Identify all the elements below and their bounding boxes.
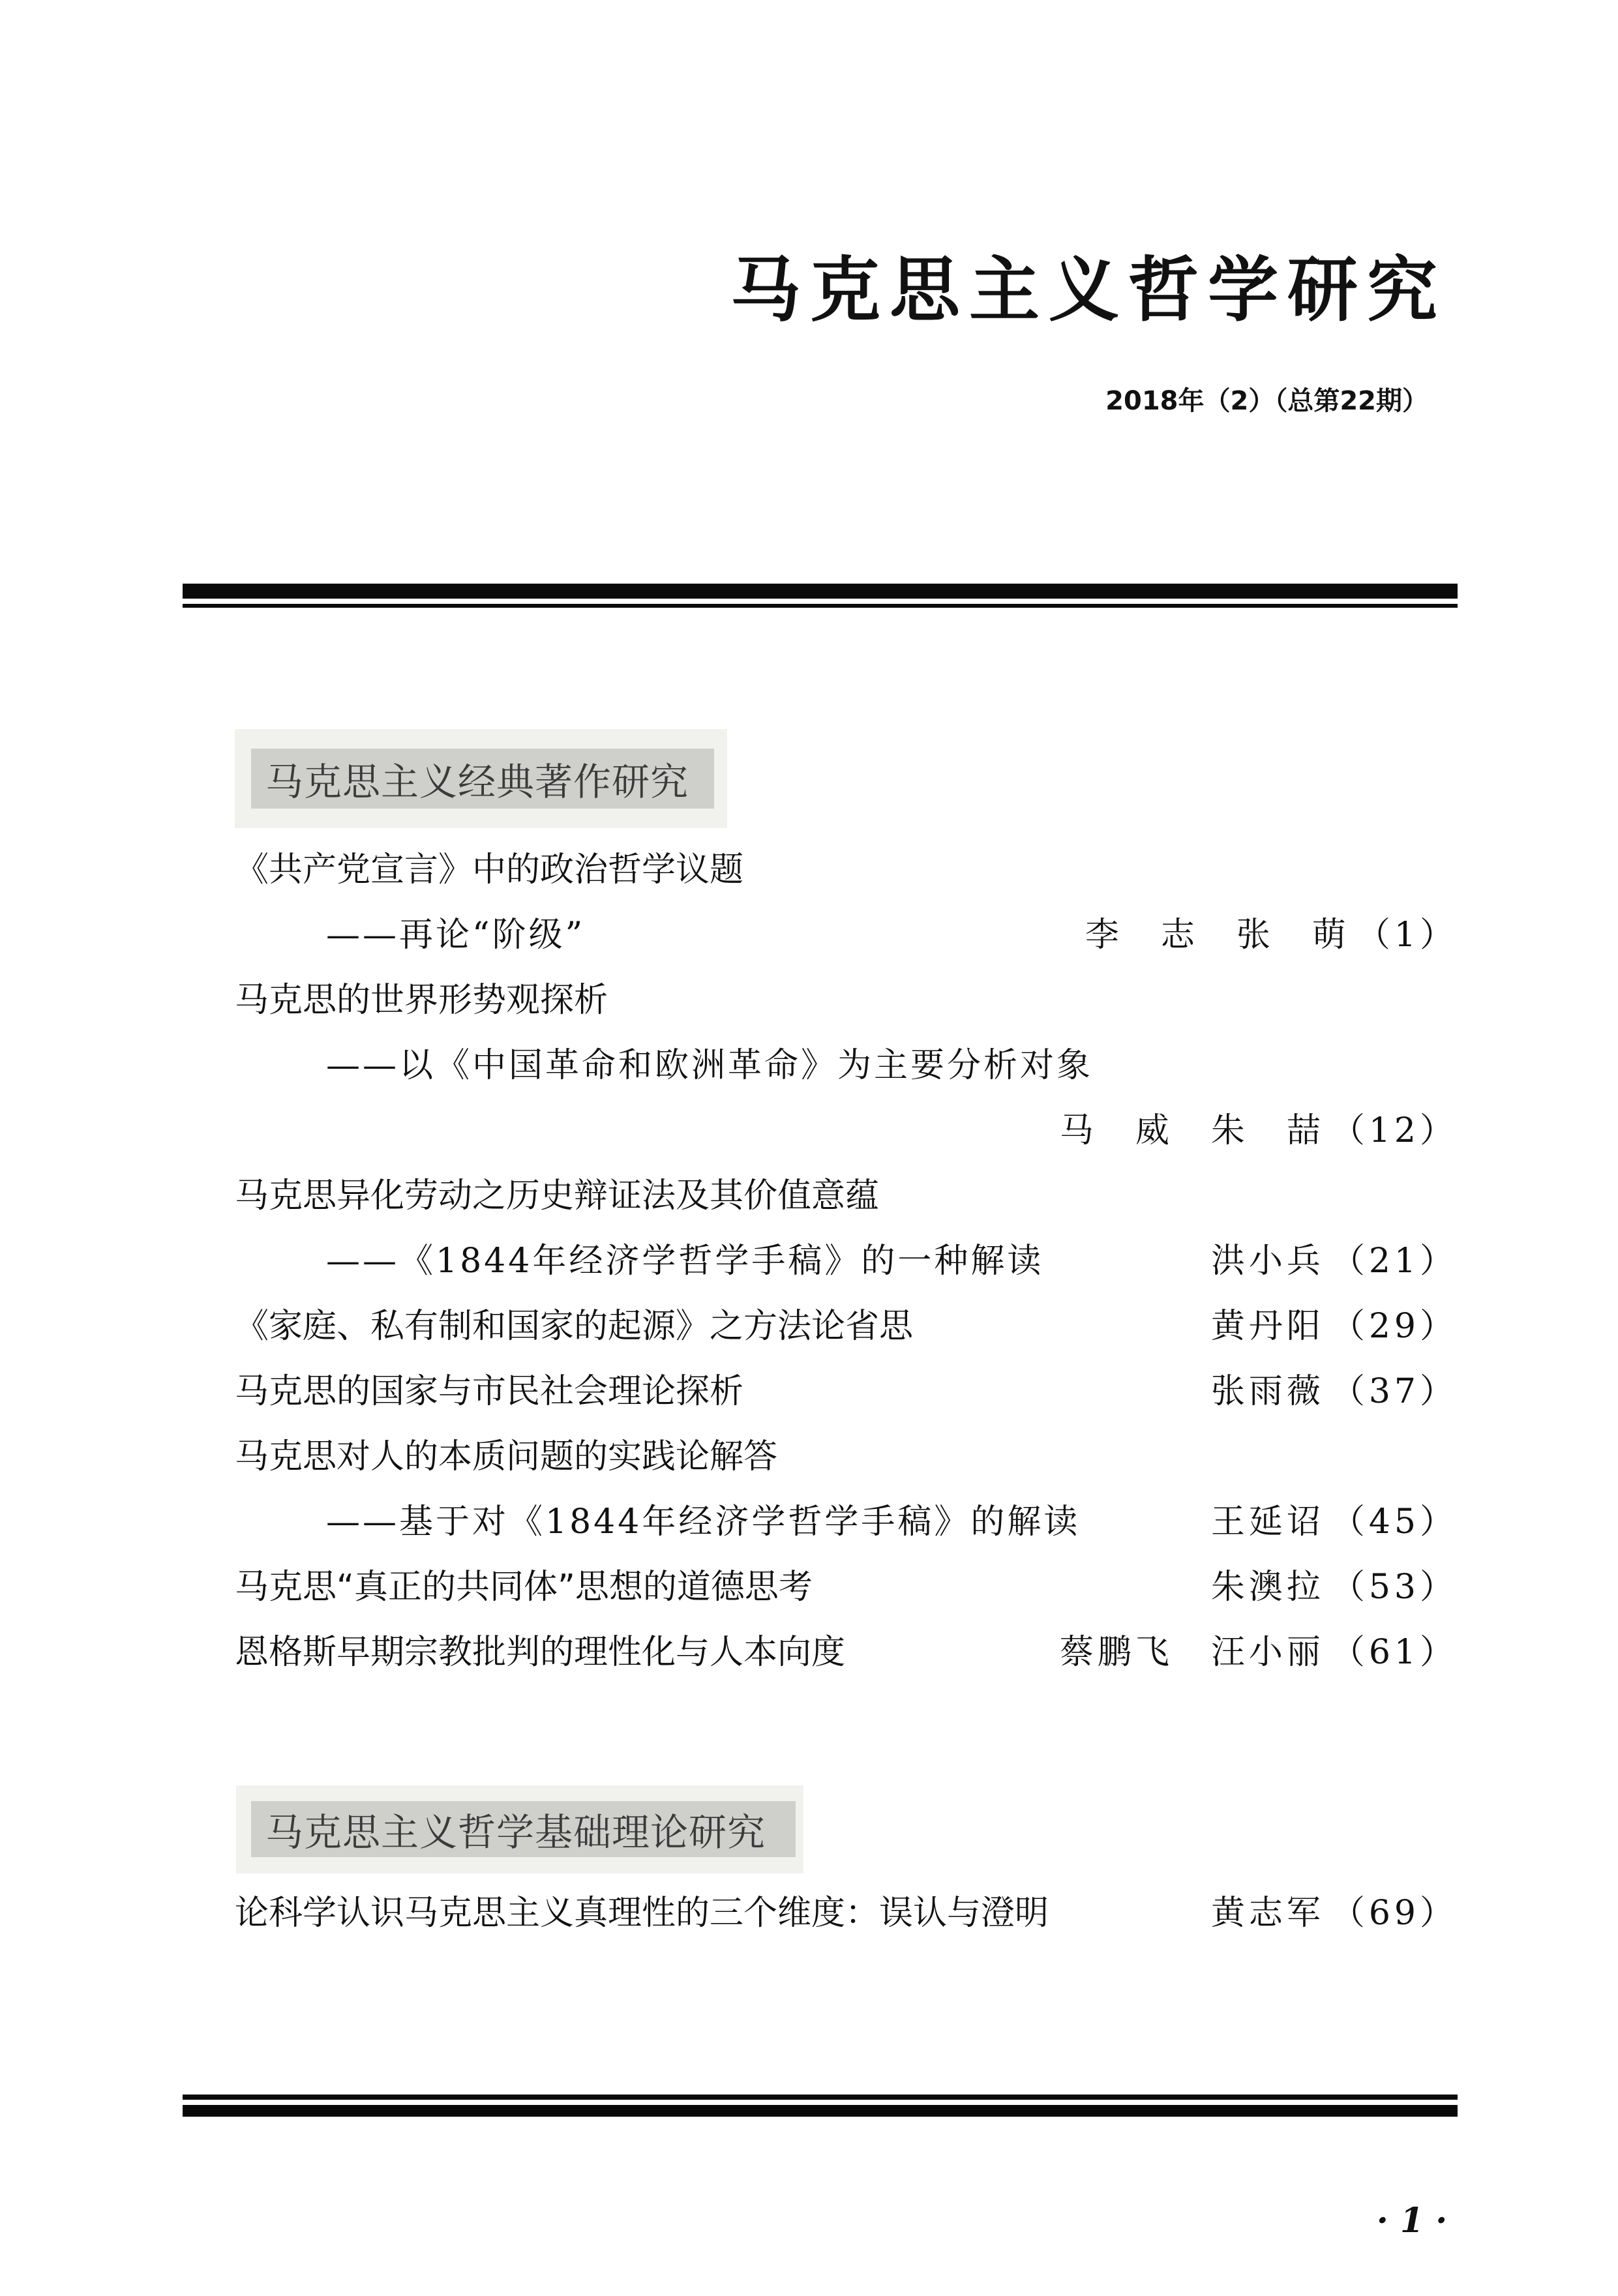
toc-line[interactable]: 恩格斯早期宗教批判的理性化与人本向度 蔡鹏飞 汪小丽（61）: [235, 1616, 1458, 1681]
toc-page: （45）: [1331, 1494, 1458, 1543]
toc-author: 黄丹阳: [1211, 1298, 1325, 1347]
toc-subtitle: ——再论“阶级”: [235, 907, 585, 956]
toc-subtitle: ——以《中国革命和欧洲革命》为主要分析对象: [235, 1037, 1093, 1086]
toc-page: （21）: [1331, 1233, 1458, 1282]
toc-line[interactable]: 《共产党宣言》中的政治哲学议题: [235, 833, 1458, 899]
toc-author: 朱澳拉: [1211, 1559, 1325, 1608]
toc-line[interactable]: ——基于对《1844年经济学哲学手稿》的解读 王延诏（45）: [235, 1485, 1458, 1551]
toc-page: （37）: [1331, 1364, 1458, 1412]
journal-title: 马克思主义哲学研究: [730, 245, 1428, 336]
toc-author: 王延诏: [1211, 1494, 1325, 1543]
issue-info: 2018年（2）（总第22期）: [1017, 381, 1428, 421]
toc-line[interactable]: 《家庭、私有制和国家的起源》之方法论省思 黄丹阳（29）: [235, 1290, 1458, 1355]
toc-author: 洪小兵: [1211, 1233, 1325, 1282]
toc-page: （53）: [1331, 1559, 1458, 1608]
toc-title: 恩格斯早期宗教批判的理性化与人本向度: [235, 1624, 845, 1673]
toc-page: （69）: [1331, 1885, 1458, 1934]
toc-title: 马克思“真正的共同体”思想的道德思考: [235, 1559, 813, 1608]
toc-line[interactable]: 马克思异化劳动之历史辩证法及其价值意蕴: [235, 1159, 1458, 1225]
toc-page: （61）: [1331, 1624, 1458, 1673]
toc-title: 马克思的世界形势观探析: [235, 972, 608, 1021]
toc-title: 论科学认识马克思主义真理性的三个维度：误认与澄明: [235, 1885, 1049, 1934]
toc-author: 李 志 张 萌: [1085, 907, 1350, 956]
toc-line[interactable]: 马克思“真正的共同体”思想的道德思考 朱澳拉（53）: [235, 1551, 1458, 1616]
toc-title: 《家庭、私有制和国家的起源》之方法论省思: [235, 1298, 913, 1347]
toc-title: 马克思异化劳动之历史辩证法及其价值意蕴: [235, 1168, 879, 1217]
section-heading-basic-theory: 马克思主义哲学基础理论研究: [251, 1801, 796, 1857]
bottom-rule-thin: [183, 2095, 1458, 2100]
toc-line[interactable]: 马 威 朱 喆（12）: [235, 1094, 1458, 1159]
toc-title: 马克思的国家与市民社会理论探析: [235, 1364, 743, 1412]
toc-author: 张雨薇: [1211, 1364, 1325, 1412]
toc-author: 马 威 朱 喆: [1060, 1103, 1325, 1152]
toc-page: （12）: [1331, 1103, 1458, 1152]
toc-page: （29）: [1331, 1298, 1458, 1347]
section-heading-classic-works: 马克思主义经典著作研究: [251, 749, 714, 809]
toc-line[interactable]: 马克思对人的本质问题的实践论解答: [235, 1420, 1458, 1485]
toc-line[interactable]: ——以《中国革命和欧洲革命》为主要分析对象: [235, 1029, 1458, 1094]
toc-subtitle: ——基于对《1844年经济学哲学手稿》的解读: [235, 1494, 1080, 1543]
bottom-rule-thick: [183, 2105, 1458, 2117]
toc-subtitle: ——《1844年经济学哲学手稿》的一种解读: [235, 1233, 1043, 1282]
toc-title: 《共产党宣言》中的政治哲学议题: [235, 842, 743, 891]
top-rule-thick: [183, 584, 1458, 599]
page-number: · 1 ·: [1376, 2201, 1448, 2241]
top-rule-thin: [183, 604, 1458, 608]
toc-author: 蔡鹏飞 汪小丽: [1060, 1624, 1325, 1673]
toc-line[interactable]: 马克思的世界形势观探析: [235, 964, 1458, 1029]
toc-line[interactable]: 论科学认识马克思主义真理性的三个维度：误认与澄明 黄志军（69）: [235, 1877, 1458, 1942]
toc-author: 黄志军: [1211, 1885, 1325, 1934]
toc-line[interactable]: ——《1844年经济学哲学手稿》的一种解读 洪小兵（21）: [235, 1225, 1458, 1290]
toc-line[interactable]: ——再论“阶级” 李 志 张 萌（1）: [235, 899, 1458, 964]
toc-line[interactable]: 马克思的国家与市民社会理论探析 张雨薇（37）: [235, 1355, 1458, 1420]
toc-title: 马克思对人的本质问题的实践论解答: [235, 1429, 777, 1478]
toc-page: （1）: [1356, 907, 1458, 956]
